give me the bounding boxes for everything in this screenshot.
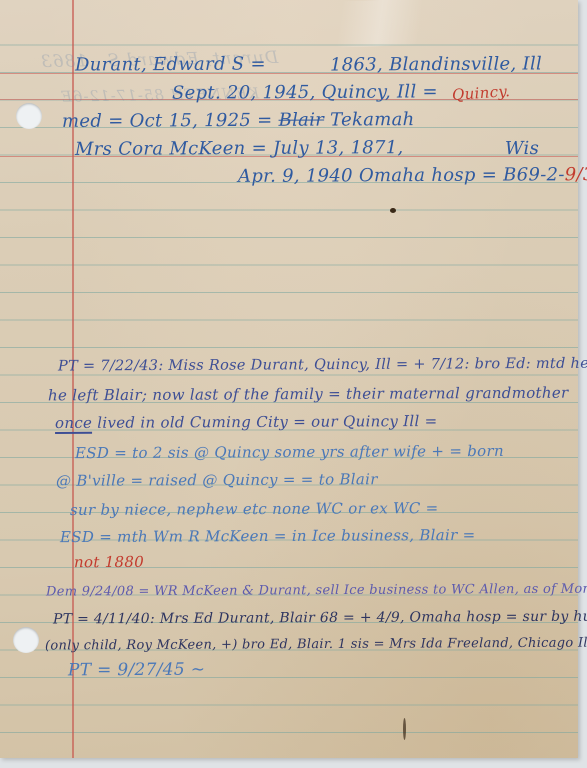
death-info: Sept. 20, 1945, Quincy, Ill = <box>172 81 438 103</box>
esd-line2: @ B'ville = raised @ Quincy = = to Blair <box>56 470 378 490</box>
underlined-word-once: once <box>55 414 92 434</box>
marriage-struck-word: Blair <box>278 110 324 131</box>
esd-line3: sur by niece, nephew etc none WC or ex W… <box>70 499 439 519</box>
wife-state: Wis <box>505 138 539 159</box>
name-heading: Durant, Edward S = <box>75 54 266 76</box>
pt40-line2: (only child, Roy McKeen, +) bro Ed, Blai… <box>45 636 587 654</box>
esd-line4: ESD = mth Wm R McKeen = in Ice business,… <box>60 526 476 546</box>
red-correction-not-1880: not 1880 <box>74 553 144 571</box>
punch-hole-top <box>16 103 42 129</box>
marriage-line: med = Oct 15, 1925 = Blair Tekamah <box>62 109 415 132</box>
pt43-line3: once lived in old Cuming City = our Quin… <box>55 412 438 432</box>
pt43-line1: PT = 7/22/43: Miss Rose Durant, Quincy, … <box>58 355 587 374</box>
esd-line1: ESD = to 2 sis @ Quincy some yrs after w… <box>75 442 504 462</box>
marriage-prefix: med = Oct 15, 1925 = <box>62 110 279 132</box>
pt45-line: PT = 9/27/45 ~ <box>68 660 205 681</box>
marriage-suffix: Tekamah <box>324 109 415 130</box>
pt43-line2: he left Blair; now last of the family = … <box>48 384 569 405</box>
ink-speck <box>390 208 396 213</box>
pt40-line1: PT = 4/11/40: Mrs Ed Durant, Blair 68 = … <box>53 609 587 628</box>
paper-sheet: Durant, Edward S - 1863 KENNETH 85-17-12… <box>0 0 578 758</box>
dem-1908-line: Dem 9/24/08 = WR McKeen & Durant, sell I… <box>46 581 587 599</box>
wife-death-line: Apr. 9, 1940 Omaha hosp = B69-2-9/3 <box>238 164 587 187</box>
wife-death-red-note: 9/3 <box>565 164 587 185</box>
wife-death-text: Apr. 9, 1940 Omaha hosp = B69-2- <box>238 164 565 187</box>
ink-smudge <box>403 718 406 740</box>
birth-info: 1863, Blandinsville, Ill <box>330 53 542 75</box>
wife-line: Mrs Cora McKeen = July 13, 1871, <box>75 137 404 160</box>
scanned-note-page: { "document": { "type": "handwritten gen… <box>0 0 587 768</box>
punch-hole-bottom <box>13 627 39 653</box>
pt43-line3-rest: lived in old Cuming City = our Quincy Il… <box>92 412 437 432</box>
